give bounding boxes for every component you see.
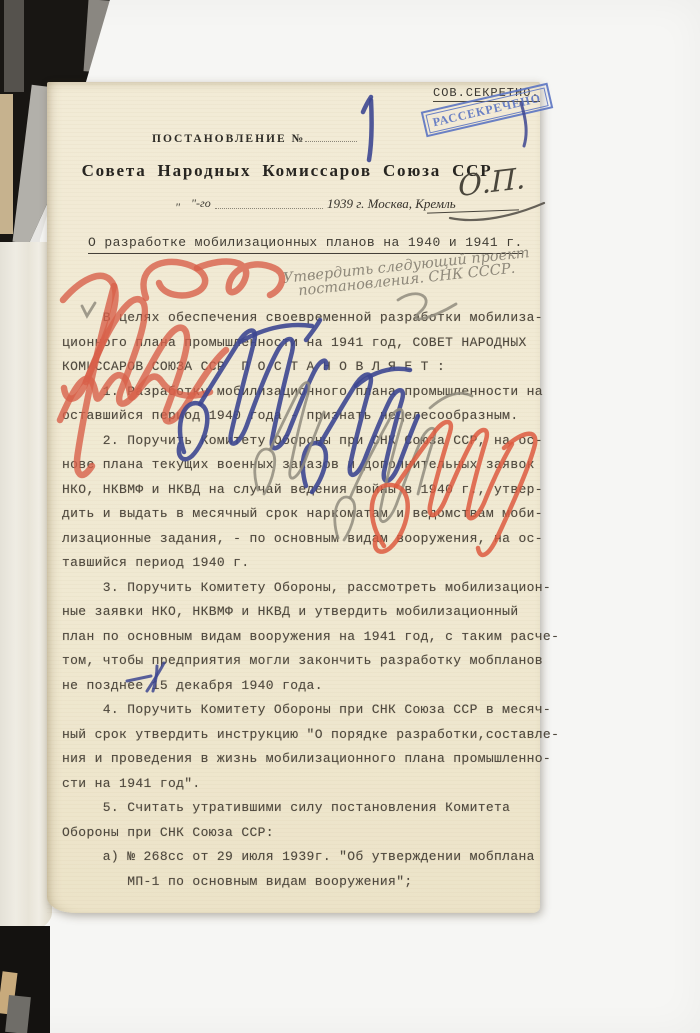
body-line: оставшийся период 1940 года - признать н… [62, 404, 559, 429]
body-line: не позднее 15 декабря 1940 года. [62, 674, 559, 699]
book-binding-bottom-left [0, 926, 50, 1033]
doc-type-label: ПОСТАНОВЛЕНИЕ № [152, 133, 305, 145]
date-day-suffix: "-го [191, 196, 211, 211]
body-line: ционного плана промышленности на 1941 го… [62, 331, 559, 356]
body-line: план по основным видам вооружения на 194… [62, 625, 559, 650]
document-page: СОВ.СЕКРЕТНО. ПОСТАНОВЛЕНИЕ № Совета Нар… [47, 82, 540, 913]
body-line: дить и выдать в месячный срок наркоматам… [62, 502, 559, 527]
body-line: лизационные задания, - по основным видам… [62, 527, 559, 552]
body-line: КОМИССАРОВ СОЮЗА ССР П О С Т А Н О В Л Я… [62, 355, 559, 380]
body-line: том, чтобы предприятия могли закончить р… [62, 649, 559, 674]
document-title: О разработке мобилизационных планов на 1… [88, 235, 523, 254]
body-line: 4. Поручить Комитету Обороны при СНК Сою… [62, 698, 559, 723]
body-line: 1. Разработку мобилизационного плана про… [62, 380, 559, 405]
body-line: ния и проведения в жизнь мобилизационног… [62, 747, 559, 772]
body-line: 5. Считать утратившими силу постановлени… [62, 796, 559, 821]
binding-bar [0, 94, 13, 234]
body-line: ные заявки НКО, НКВМФ и НКВД и утвердить… [62, 600, 559, 625]
date-blank-line [215, 208, 323, 209]
body-line: 3. Поручить Комитету Обороны, рассмотрет… [62, 576, 559, 601]
date-place: 1939 г. Москва, Кремль [327, 196, 456, 212]
body-line: В целях обеспечения своевременной разраб… [62, 306, 559, 331]
body-line: а) № 268сс от 29 июля 1939г. "Об утвержд… [62, 845, 559, 870]
document-body: В целях обеспечения своевременной разраб… [62, 306, 559, 894]
binding-bar [5, 995, 31, 1033]
date-quote: " [175, 200, 180, 215]
body-line: тавшийся период 1940 г. [62, 551, 559, 576]
stacked-page-edges [0, 242, 52, 934]
body-line: нове плана текущих военных заказов и доп… [62, 453, 559, 478]
number-blank-line [305, 131, 357, 142]
body-line: Обороны при СНК Союза ССР: [62, 821, 559, 846]
binding-bar [4, 0, 24, 92]
body-line: ный срок утвердить инструкцию "О порядке… [62, 723, 559, 748]
doc-type-heading: ПОСТАНОВЛЕНИЕ № [152, 129, 357, 147]
body-line: МП-1 по основным видам вооружения"; [62, 870, 559, 895]
body-line: НКО, НКВМФ и НКВД на случай ведения войн… [62, 478, 559, 503]
scanned-document-photo: СОВ.СЕКРЕТНО. ПОСТАНОВЛЕНИЕ № Совета Нар… [0, 0, 700, 1033]
issuing-body: Совета Народных Комиссаров Союза ССР [47, 161, 527, 181]
body-line: сти на 1941 год". [62, 772, 559, 797]
body-line: 2. Поручить Комитету Обороны при СНК Сою… [62, 429, 559, 454]
